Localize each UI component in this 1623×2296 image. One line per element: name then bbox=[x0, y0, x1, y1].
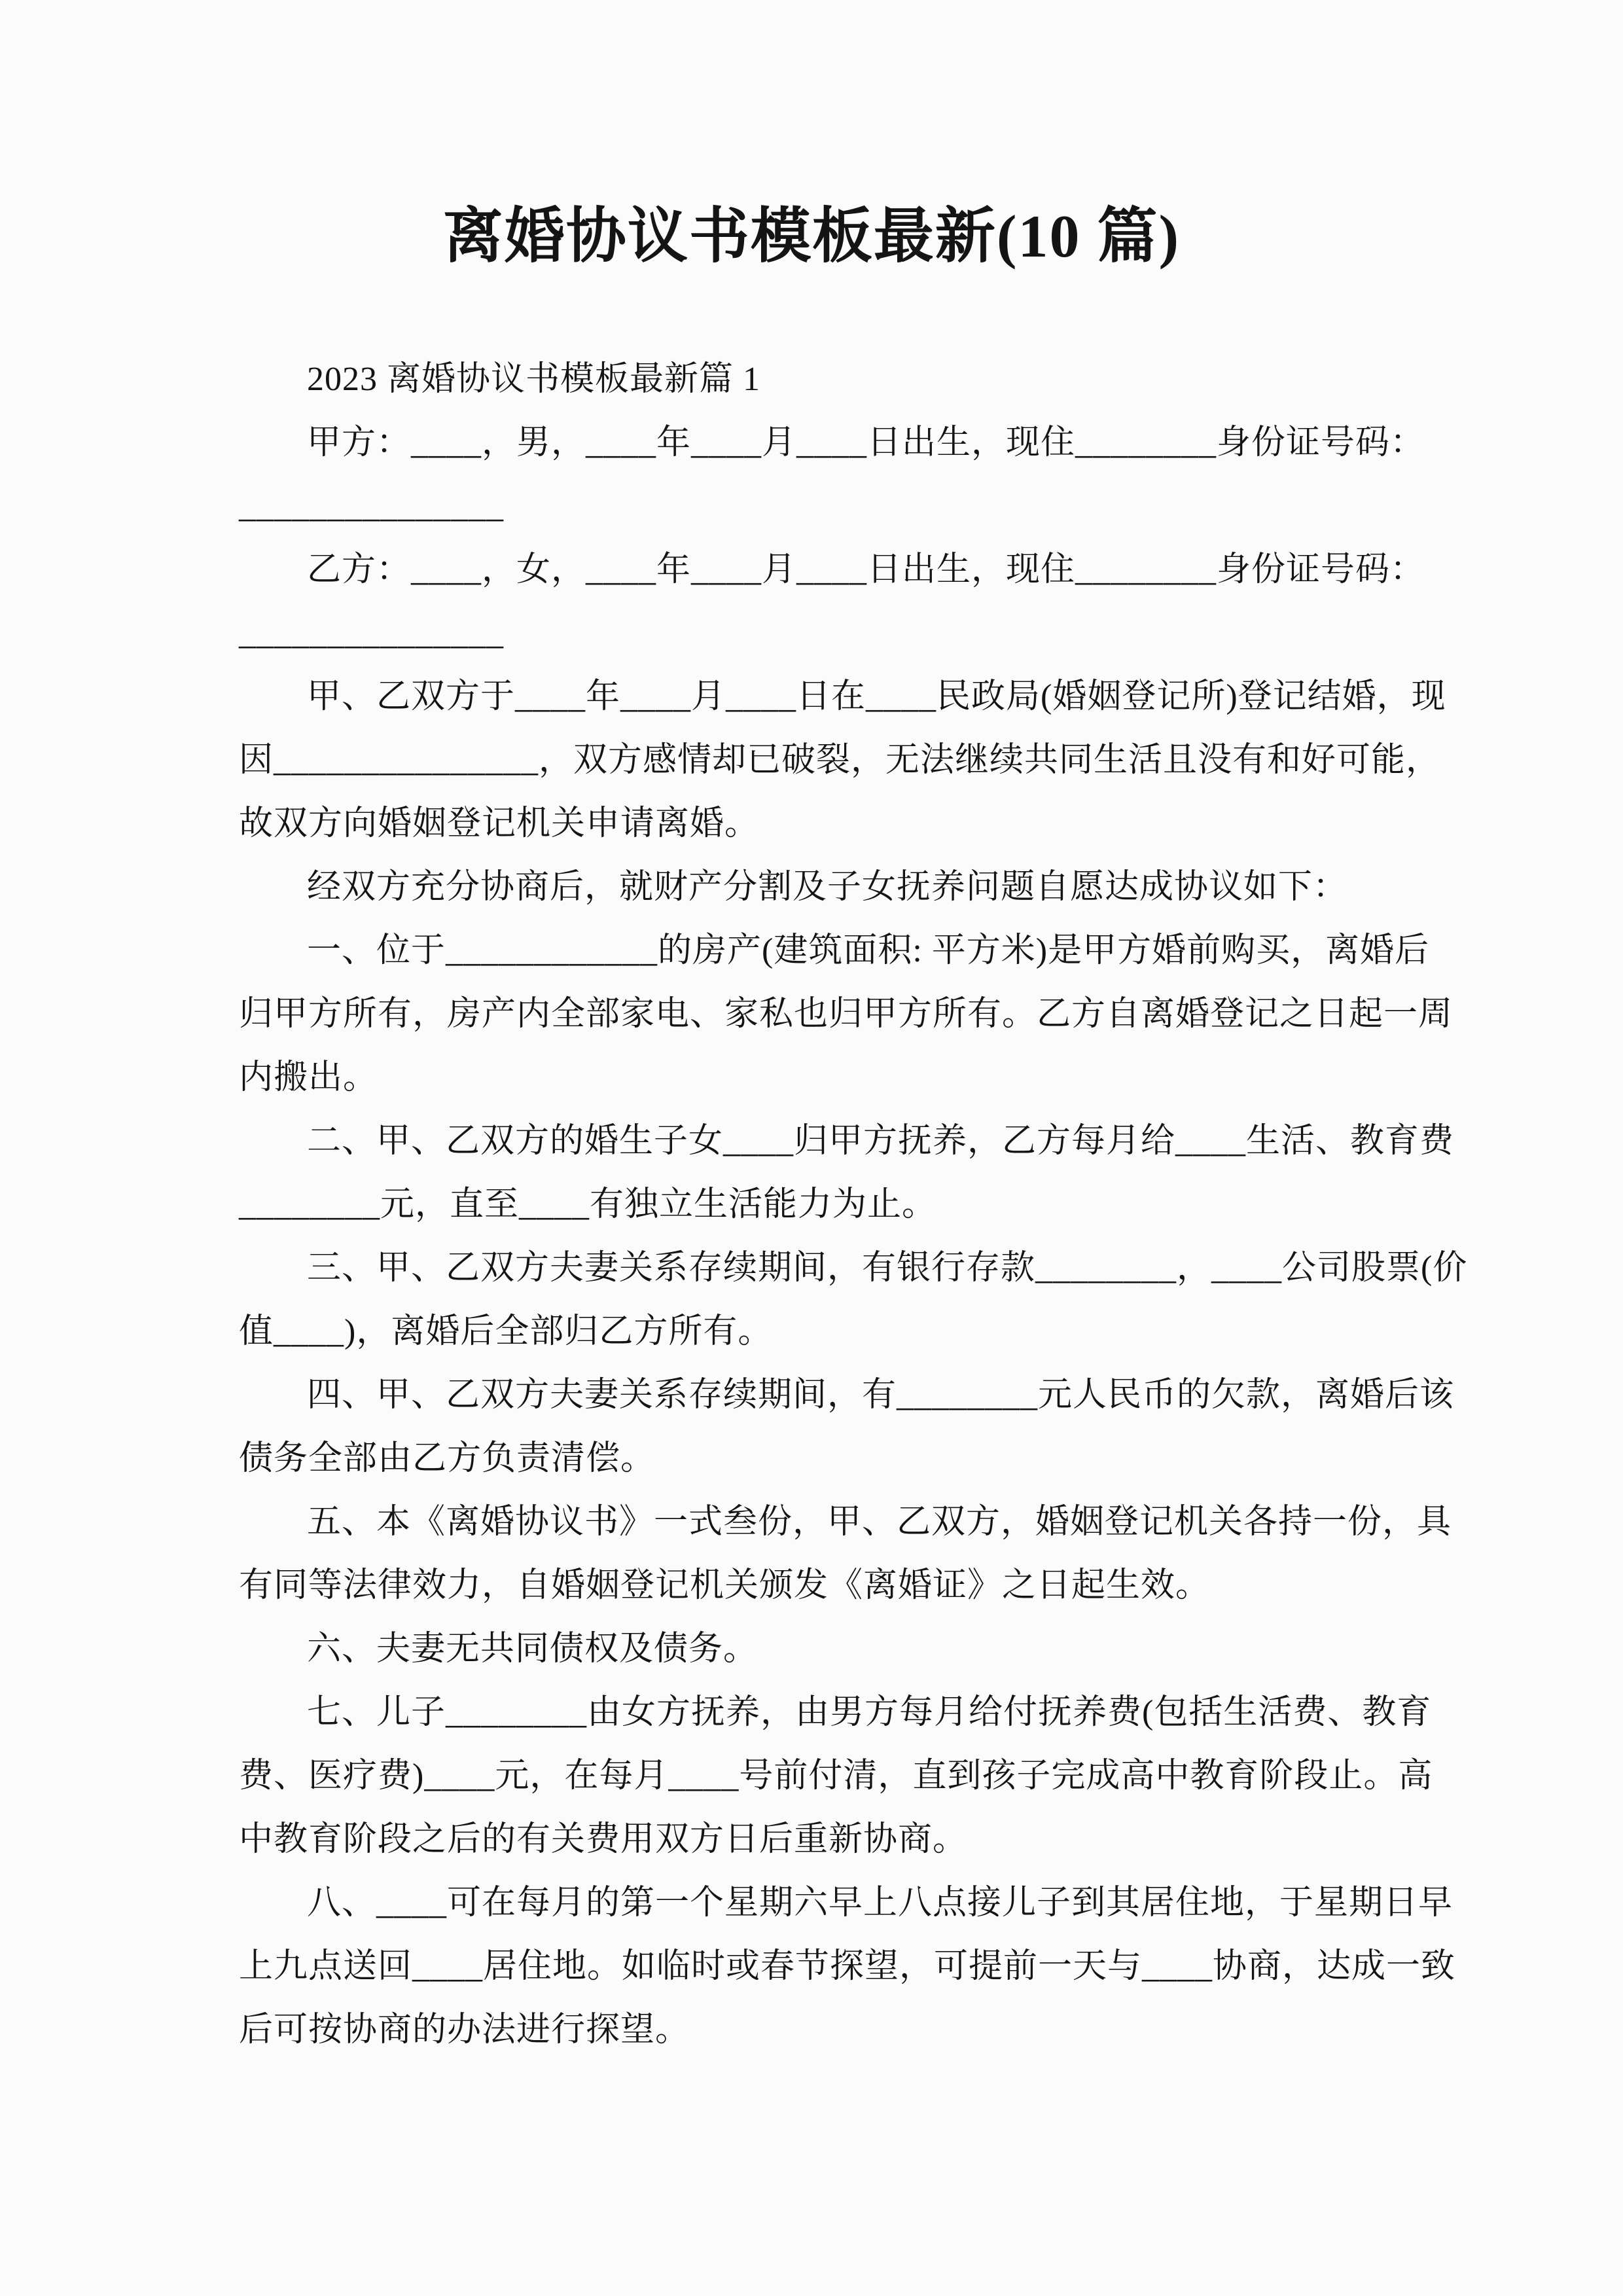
document-line: 甲、乙双方于____年____月____日在____民政局(婚姻登记所)登记结婚… bbox=[239, 665, 1384, 728]
document-line: 五、本《离婚协议书》一式叁份，甲、乙双方，婚姻登记机关各持一份，具 bbox=[239, 1490, 1384, 1554]
document-line: 三、甲、乙双方夫妻关系存续期间，有银行存款________，____公司股票(价 bbox=[239, 1236, 1384, 1300]
document-title: 离婚协议书模板最新(10 篇) bbox=[239, 0, 1384, 279]
document-line: 有同等法律效力，自婚姻登记机关颁发《离婚证》之日起生效。 bbox=[239, 1554, 1384, 1617]
document-line: 中教育阶段之后的有关费用双方日后重新协商。 bbox=[239, 1808, 1384, 1871]
document-line: 六、夫妻无共同债权及债务。 bbox=[239, 1617, 1384, 1681]
document-line: 经双方充分协商后，就财产分割及子女抚养问题自愿达成协议如下： bbox=[239, 855, 1384, 919]
document-line: 因_______________，双方感情却已破裂，无法继续共同生活且没有和好可… bbox=[239, 728, 1384, 792]
document-line: 债务全部由乙方负责清偿。 bbox=[239, 1427, 1384, 1490]
document-line: 归甲方所有，房产内全部家电、家私也归甲方所有。乙方自离婚登记之日起一周 bbox=[239, 982, 1384, 1046]
document-line: 值____)，离婚后全部归乙方所有。 bbox=[239, 1300, 1384, 1363]
document-line: _______________ bbox=[239, 475, 1384, 538]
document-line: 费、医疗费)____元，在每月____号前付清，直到孩子完成高中教育阶段止。高 bbox=[239, 1744, 1384, 1808]
document-line: 四、甲、乙双方夫妻关系存续期间，有________元人民币的欠款，离婚后该 bbox=[239, 1363, 1384, 1427]
document-line: 内搬出。 bbox=[239, 1046, 1384, 1109]
document-line: 乙方：____，女，____年____月____日出生，现住________身份… bbox=[239, 538, 1384, 601]
document-line: 甲方：____，男，____年____月____日出生，现住________身份… bbox=[239, 411, 1384, 475]
document-line: 后可按协商的办法进行探望。 bbox=[239, 1998, 1384, 2062]
document-line: 七、儿子________由女方抚养，由男方每月给付抚养费(包括生活费、教育 bbox=[239, 1681, 1384, 1744]
document-page: 离婚协议书模板最新(10 篇) 2023 离婚协议书模板最新篇 1甲方：____… bbox=[0, 0, 1623, 2296]
document-line: _______________ bbox=[239, 601, 1384, 665]
document-line: ________元，直至____有独立生活能力为止。 bbox=[239, 1173, 1384, 1236]
document-body: 2023 离婚协议书模板最新篇 1甲方：____，男，____年____月___… bbox=[239, 348, 1384, 2062]
document-line: 故双方向婚姻登记机关申请离婚。 bbox=[239, 792, 1384, 855]
document-line: 八、____可在每月的第一个星期六早上八点接儿子到其居住地，于星期日早 bbox=[239, 1871, 1384, 1935]
document-line: 上九点送回____居住地。如临时或春节探望，可提前一天与____协商，达成一致 bbox=[239, 1935, 1384, 1998]
document-line: 一、位于____________的房产(建筑面积: 平方米)是甲方婚前购买，离婚… bbox=[239, 919, 1384, 982]
document-line: 二、甲、乙双方的婚生子女____归甲方抚养，乙方每月给____生活、教育费 bbox=[239, 1109, 1384, 1173]
document-line: 2023 离婚协议书模板最新篇 1 bbox=[239, 348, 1384, 411]
